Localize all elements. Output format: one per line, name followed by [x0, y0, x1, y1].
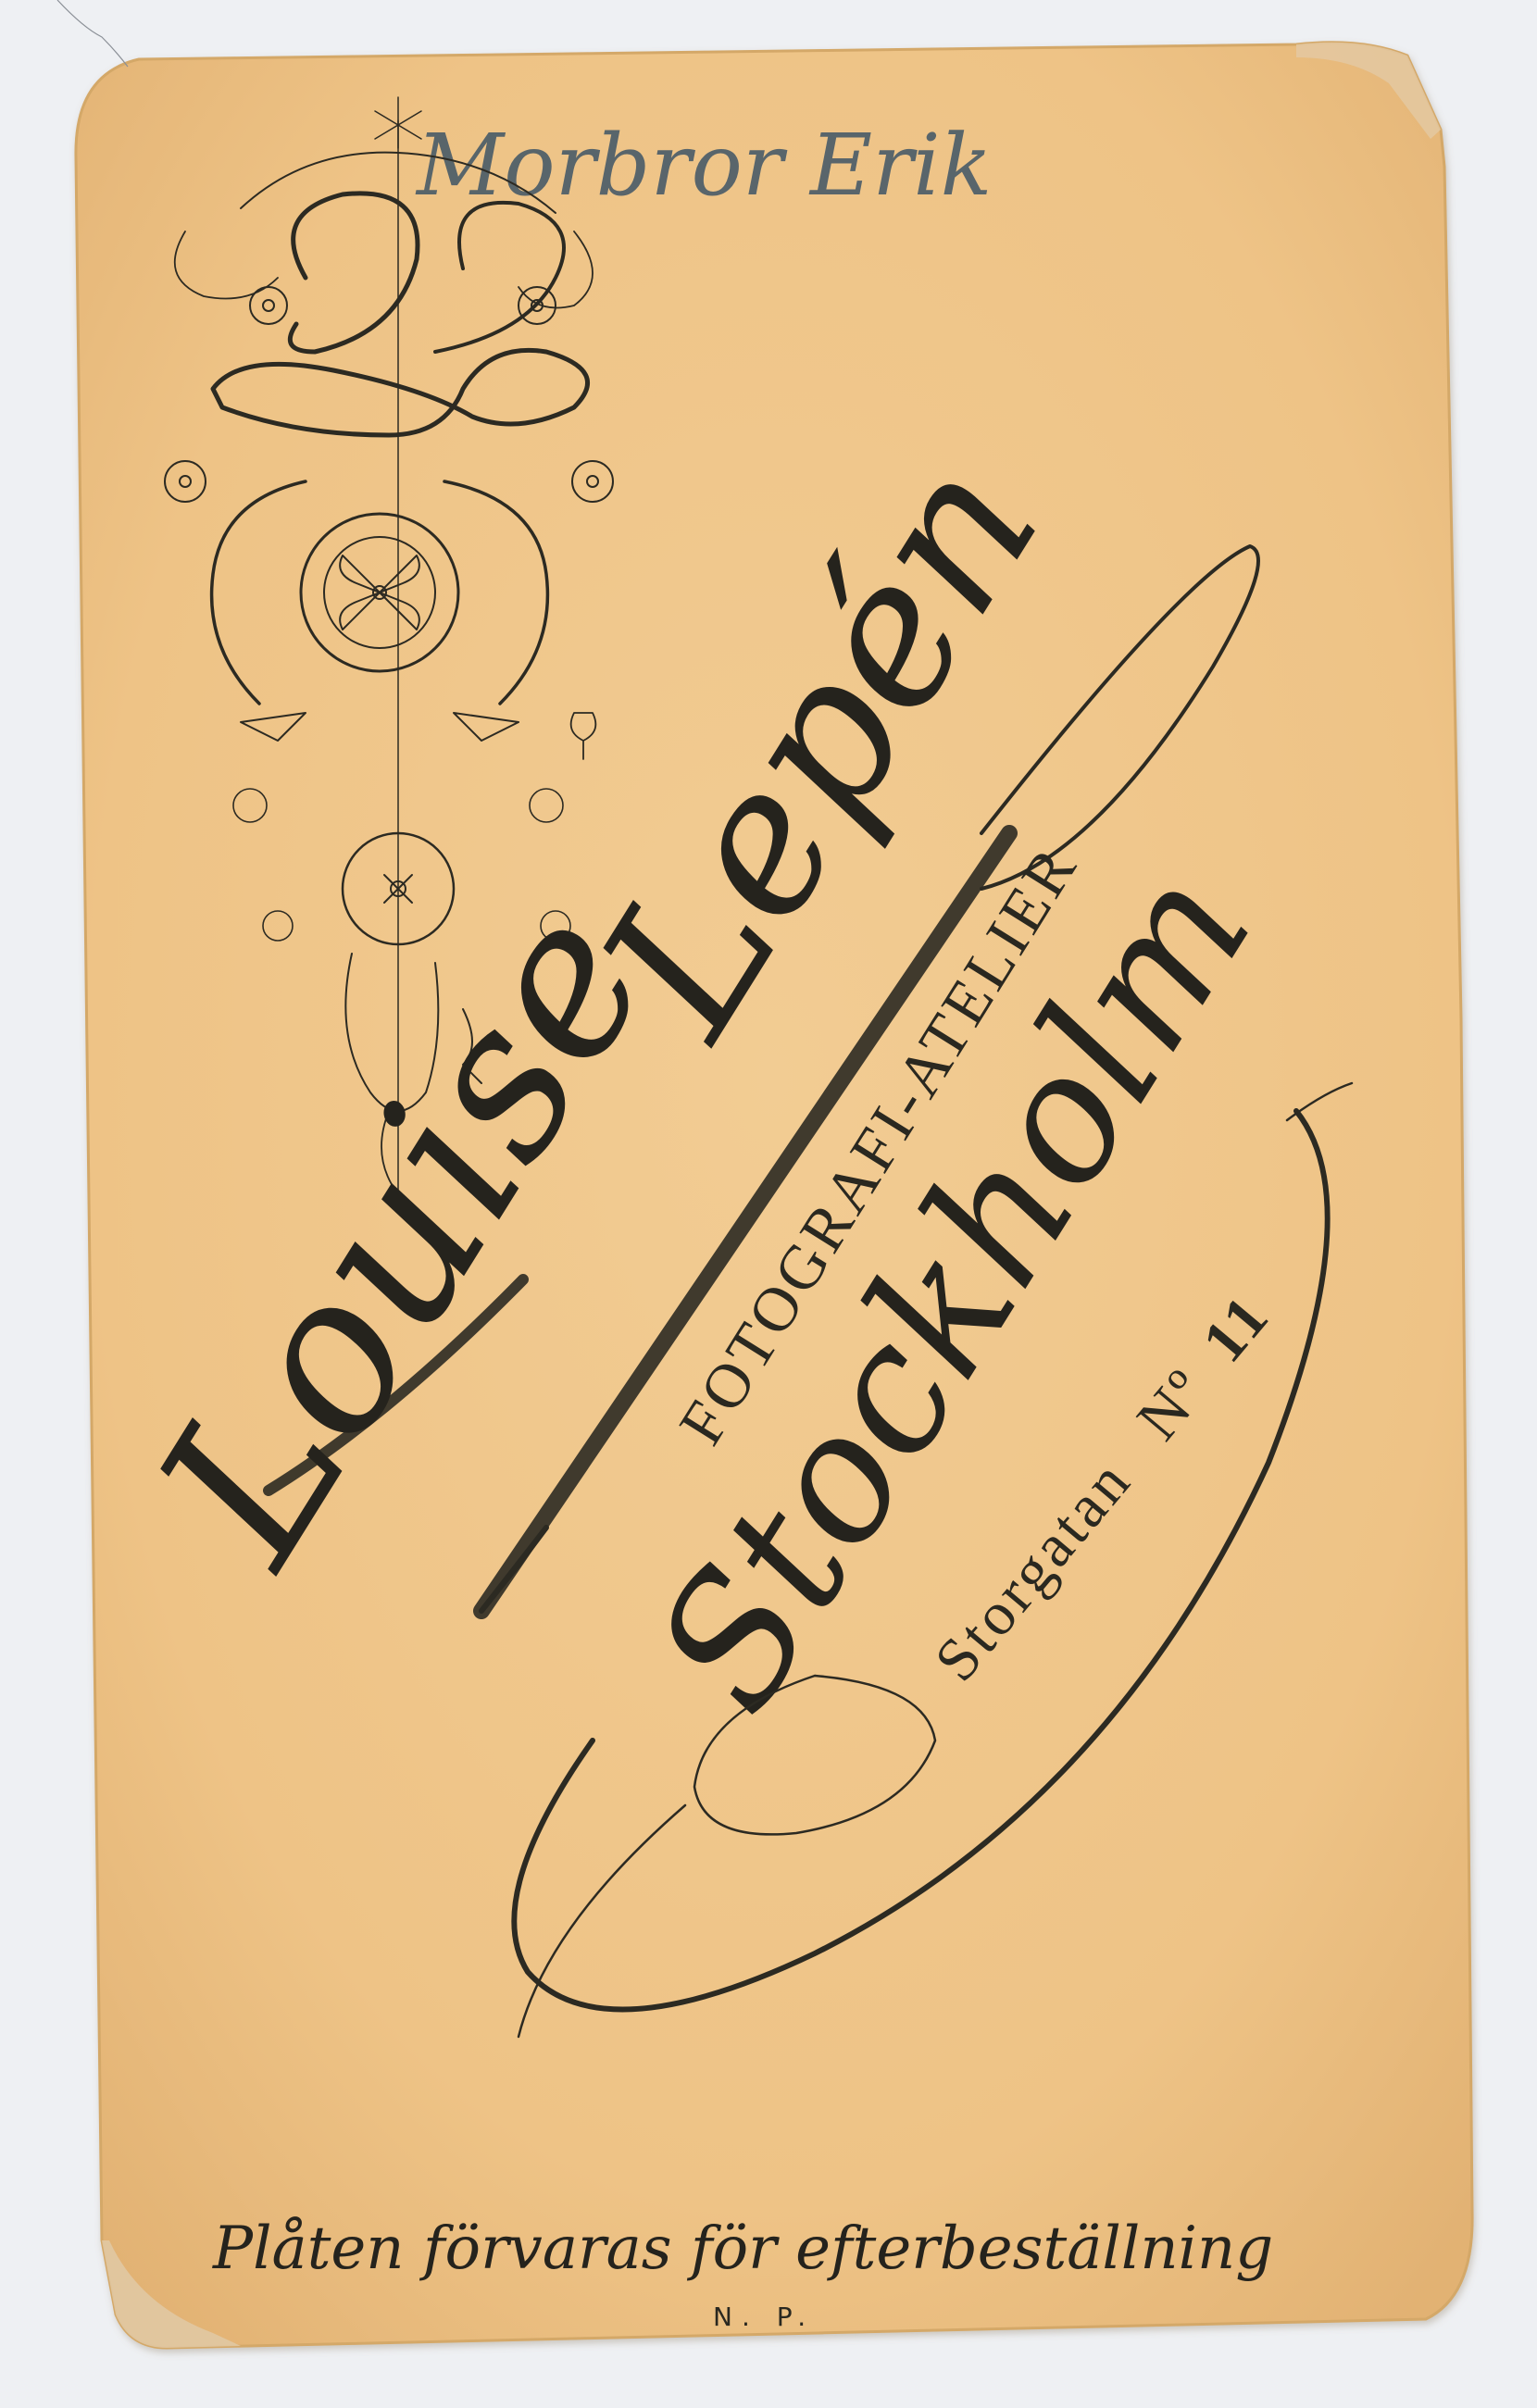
- printer-mark: N. P.: [713, 2302, 815, 2332]
- handwritten-note: Morbror Erik: [415, 116, 992, 215]
- card-scan: Morbror Erik: [0, 0, 1537, 2408]
- footer-notice: Plåten förvaras för efterbeställning: [212, 2215, 1273, 2283]
- scanner-hair: [57, 0, 128, 67]
